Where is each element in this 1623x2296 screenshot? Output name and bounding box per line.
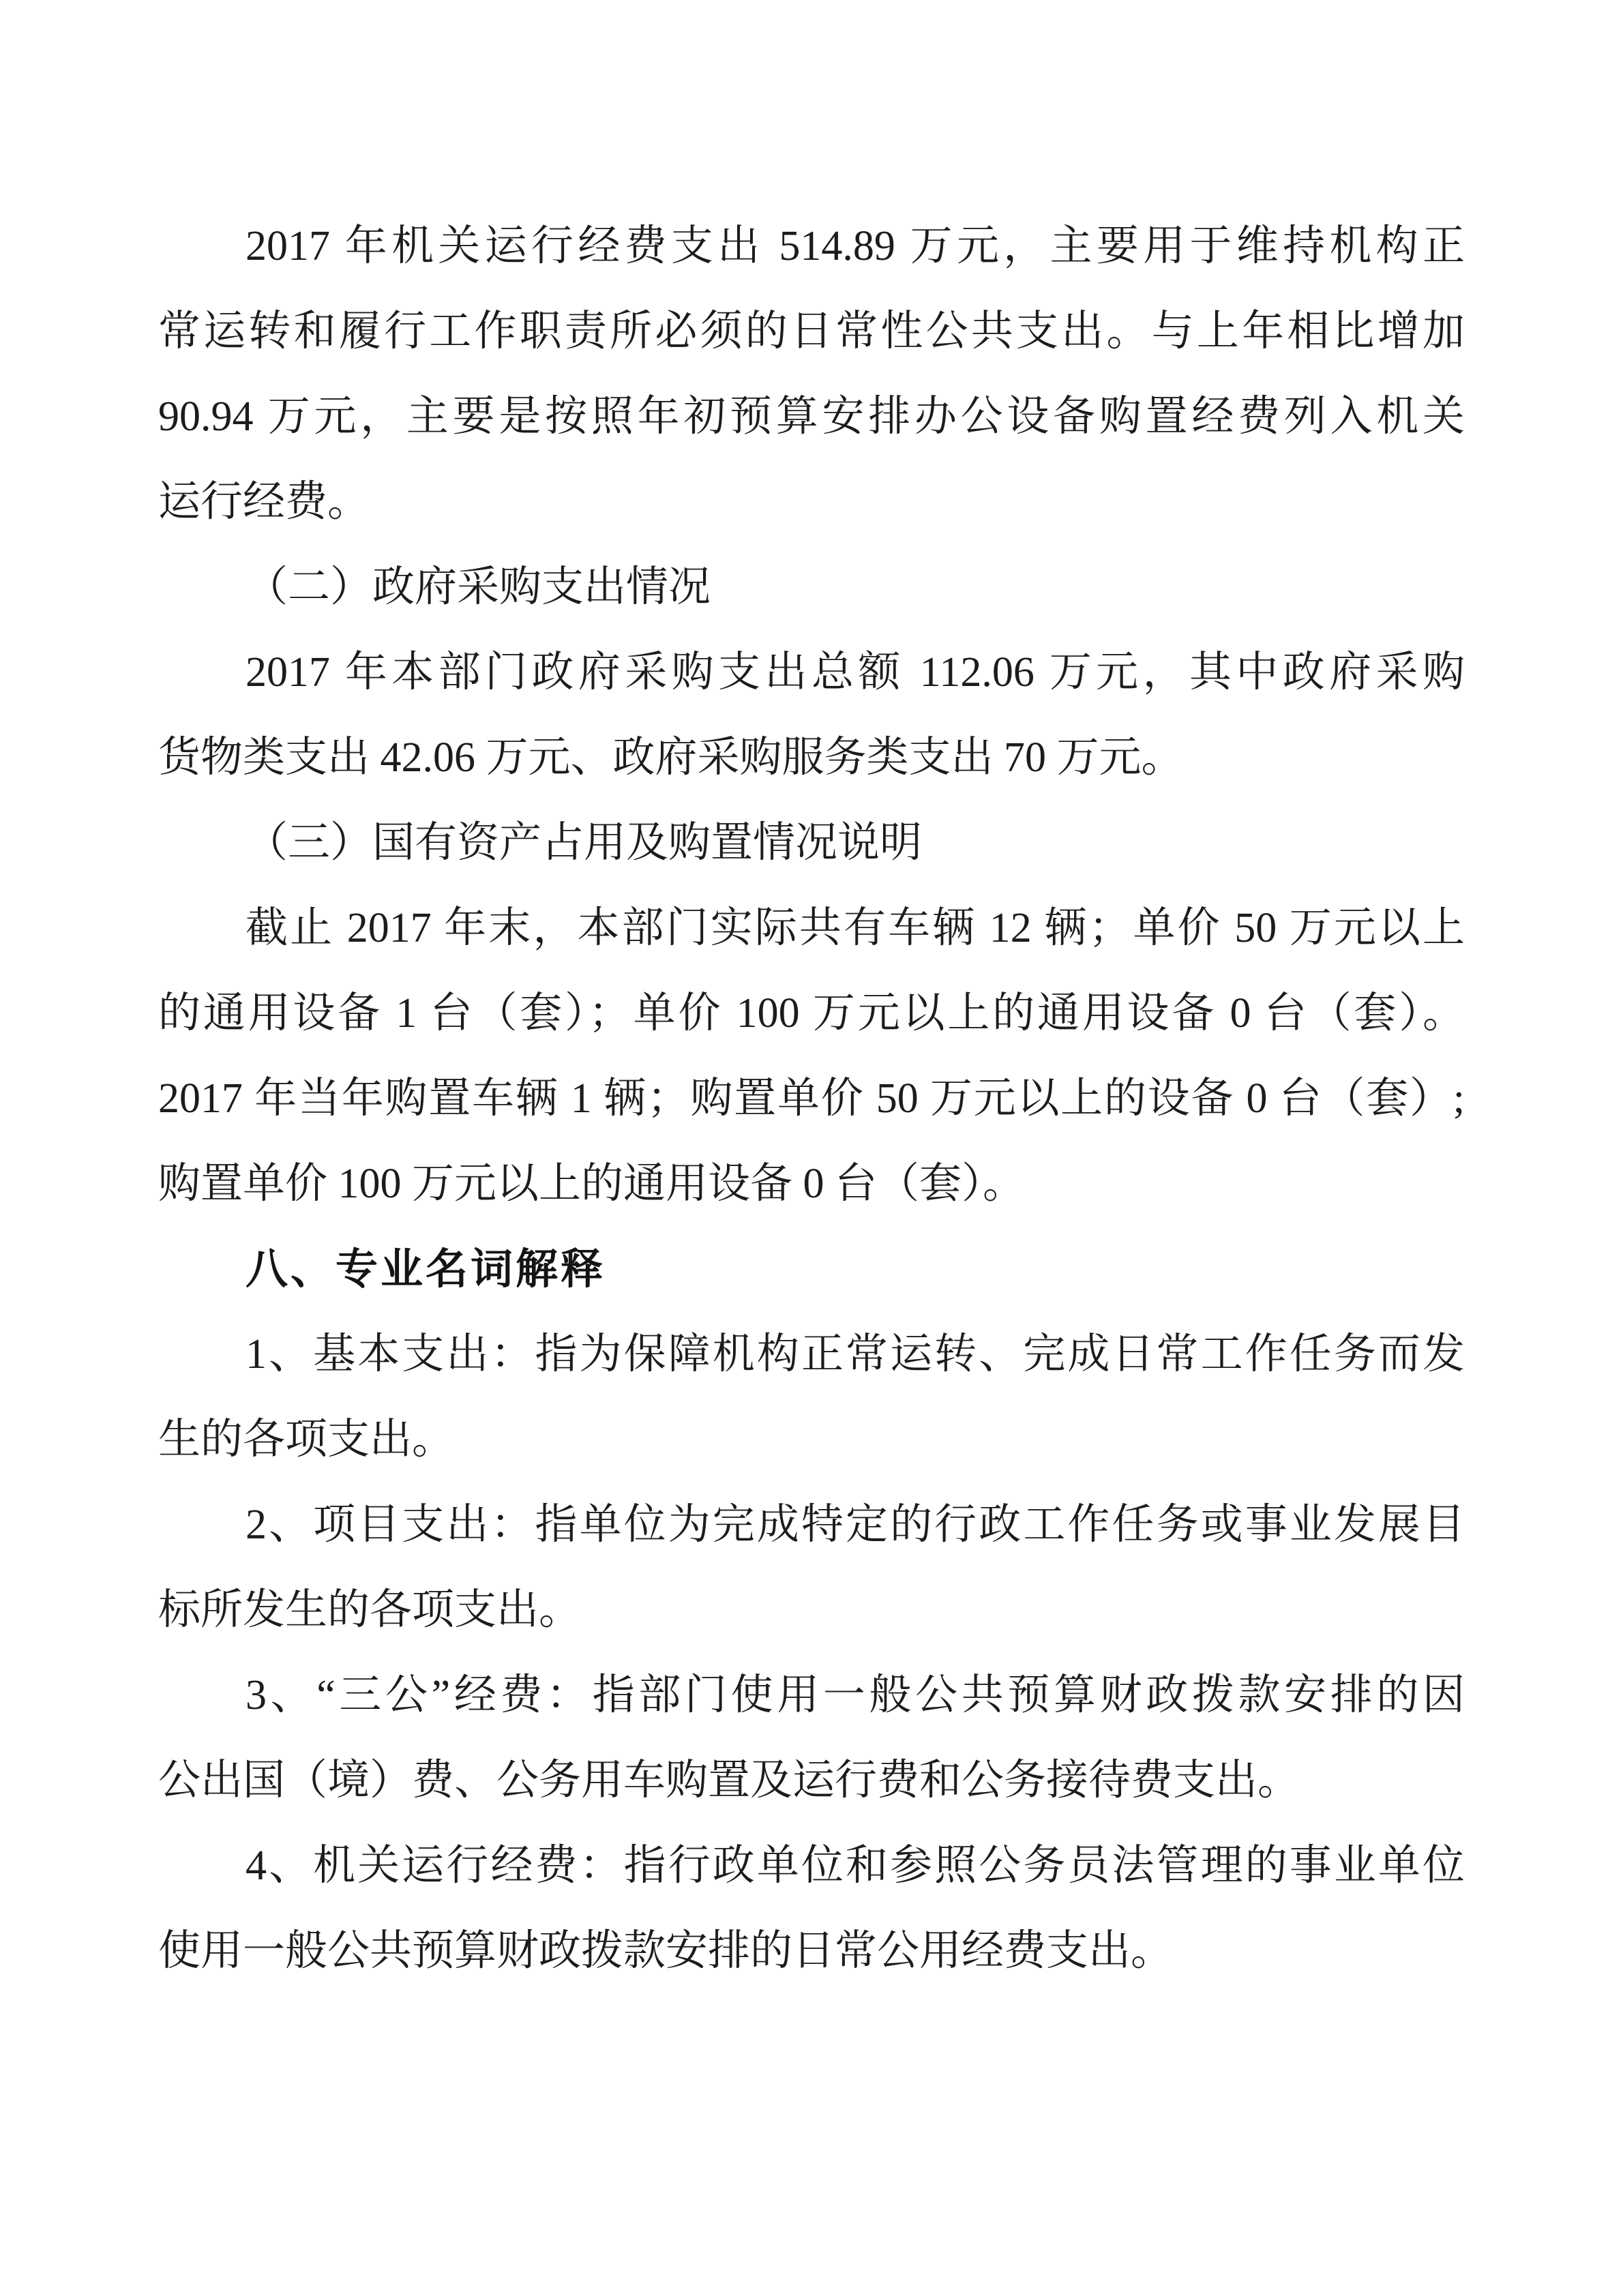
text-line: 运行经费。 <box>158 460 1465 545</box>
text-line: 常运转和履行工作职责所必须的日常性公共支出。与上年相比增加 <box>158 289 1465 374</box>
text-line: 截止 2017 年末，本部门实际共有车辆 12 辆；单价 50 万元以上 <box>158 886 1465 971</box>
subsection-heading: （二）政府采购支出情况 <box>158 545 1465 630</box>
text-line: 90.94 万元，主要是按照年初预算安排办公设备购置经费列入机关 <box>158 374 1465 460</box>
text-line: 购置单价 100 万元以上的通用设备 0 台（套）。 <box>158 1142 1465 1227</box>
document-page: 2017 年机关运行经费支出 514.89 万元，主要用于维持机构正 常运转和履… <box>0 0 1623 2296</box>
text-line: 货物类支出 42.06 万元、政府采购服务类支出 70 万元。 <box>158 715 1465 801</box>
text-line: 1、基本支出：指为保障机构正常运转、完成日常工作任务而发 <box>158 1312 1465 1397</box>
text-line: 2017 年机关运行经费支出 514.89 万元，主要用于维持机构正 <box>158 204 1465 289</box>
text-line: 3、“三公”经费：指部门使用一般公共预算财政拨款安排的因 <box>158 1653 1465 1738</box>
text-line: 使用一般公共预算财政拨款安排的日常公用经费支出。 <box>158 1909 1465 1994</box>
document-body: 2017 年机关运行经费支出 514.89 万元，主要用于维持机构正 常运转和履… <box>158 204 1465 1994</box>
text-line: 公出国（境）费、公务用车购置及运行费和公务接待费支出。 <box>158 1738 1465 1823</box>
text-line: 2017 年本部门政府采购支出总额 112.06 万元，其中政府采购 <box>158 630 1465 715</box>
text-line: 标所发生的各项支出。 <box>158 1568 1465 1653</box>
section-heading: 八、专业名词解释 <box>158 1227 1465 1312</box>
subsection-heading: （三）国有资产占用及购置情况说明 <box>158 801 1465 886</box>
text-line: 2017 年当年购置车辆 1 辆；购置单价 50 万元以上的设备 0 台（套）; <box>158 1056 1465 1142</box>
text-line: 4、机关运行经费：指行政单位和参照公务员法管理的事业单位 <box>158 1823 1465 1909</box>
text-line: 的通用设备 1 台（套）；单价 100 万元以上的通用设备 0 台（套）。 <box>158 971 1465 1056</box>
text-line: 2、项目支出：指单位为完成特定的行政工作任务或事业发展目 <box>158 1482 1465 1568</box>
text-line: 生的各项支出。 <box>158 1397 1465 1482</box>
